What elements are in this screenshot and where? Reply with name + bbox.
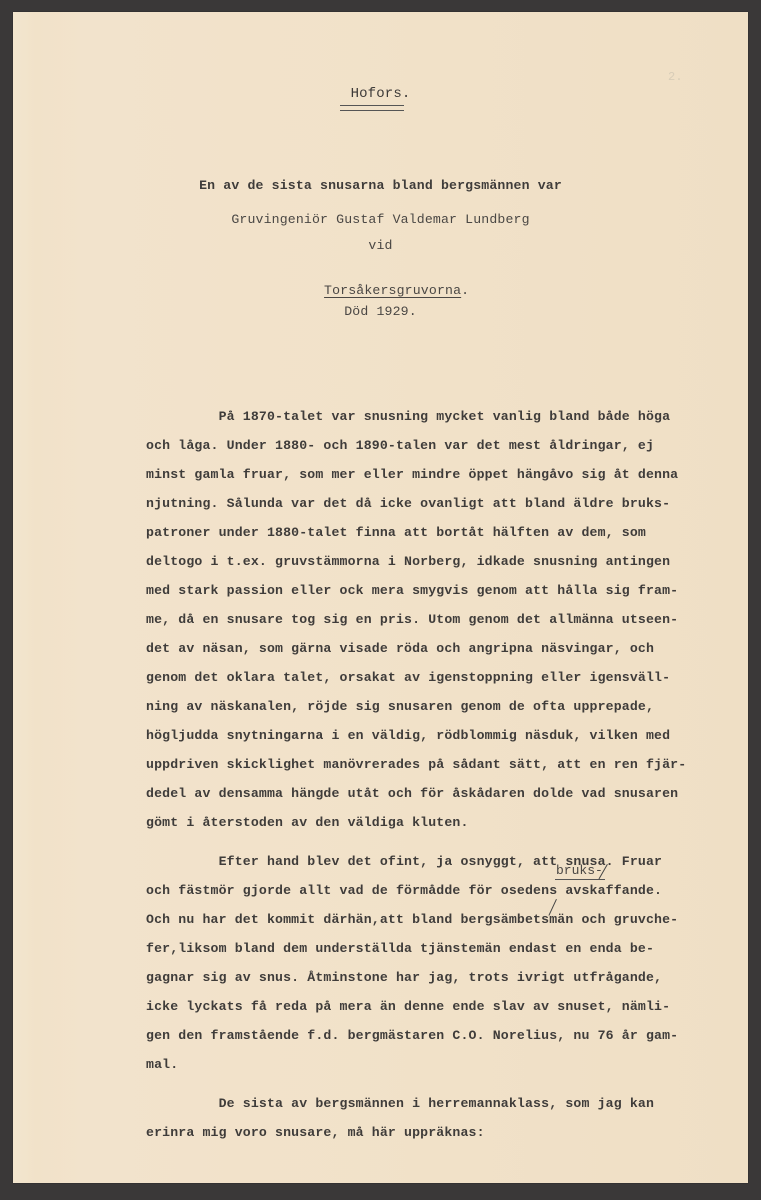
preposition: vid <box>13 238 748 253</box>
paragraph-1-line: högljudda snytningarna i en väldig, rödb… <box>146 728 670 743</box>
paragraph-1-line: med stark passion eller ock mera smygvis… <box>146 583 678 598</box>
insertion-underline <box>555 879 605 880</box>
paragraph-1-line: ning av näskanalen, röjde sig snusaren g… <box>146 699 654 714</box>
paragraph-1-line: minst gamla fruar, som mer eller mindre … <box>146 467 678 482</box>
paragraph-1-line: njutning. Sålunda var det då icke ovanli… <box>146 496 670 511</box>
paragraph-2-line: och fästmör gjorde allt vad de förmådde … <box>146 883 662 898</box>
paragraph-1-line: uppdriven skicklighet manövrerades på så… <box>146 757 686 772</box>
paragraph-2-line: gen den framstående f.d. bergmästaren C.… <box>146 1028 678 1043</box>
paragraph-1-line: deltogo i t.ex. gruvstämmorna i Norberg,… <box>146 554 670 569</box>
paragraph-1-line: patroner under 1880-talet finna att bort… <box>146 525 646 540</box>
paragraph-1-line: me, då en snusare tog sig en pris. Utom … <box>146 612 678 627</box>
location-name: Torsåkersgruvorna <box>324 283 461 298</box>
intro-line: En av de sista snusarna bland bergsmänne… <box>13 178 748 193</box>
paragraph-1-line: och låga. Under 1880- och 1890-talen var… <box>146 438 654 453</box>
paragraph-2-line: Och nu har det kommit därhän,att bland b… <box>146 912 678 927</box>
paragraph-3-line: erinra mig voro snusare, må här uppräkna… <box>146 1125 485 1140</box>
handwritten-insertion: bruks- <box>556 863 603 878</box>
person-name: Gruvingeniör Gustaf Valdemar Lundberg <box>13 212 748 227</box>
paragraph-2-line: icke lyckats få reda på mera än denne en… <box>146 999 670 1014</box>
page-number-bleedthrough: 2. <box>668 70 683 84</box>
death-year: Död 1929. <box>13 304 748 319</box>
document-page: 2. Hofors. En av de sista snusarna bland… <box>13 12 748 1183</box>
paragraph-2-line: mal. <box>146 1057 178 1072</box>
paragraph-1-line: det av näsan, som gärna visade röda och … <box>146 641 654 656</box>
paragraph-1-line: dedel av densamma hängde utåt och för ås… <box>146 786 678 801</box>
double-underline <box>340 105 404 111</box>
paragraph-1-line: På 1870-talet var snusning mycket vanlig… <box>146 409 670 424</box>
paragraph-2-line: fer,liksom bland dem underställda tjänst… <box>146 941 654 956</box>
paragraph-2-line: gagnar sig av snus. Åtminstone har jag, … <box>146 970 662 985</box>
place-heading: Hofors. <box>13 86 748 102</box>
paragraph-1-line: gömt i återstoden av den väldiga kluten. <box>146 815 469 830</box>
paragraph-1-line: genom det oklara talet, orsakat av igens… <box>146 670 670 685</box>
paragraph-3-line: De sista av bergsmännen i herremannaklas… <box>146 1096 654 1111</box>
